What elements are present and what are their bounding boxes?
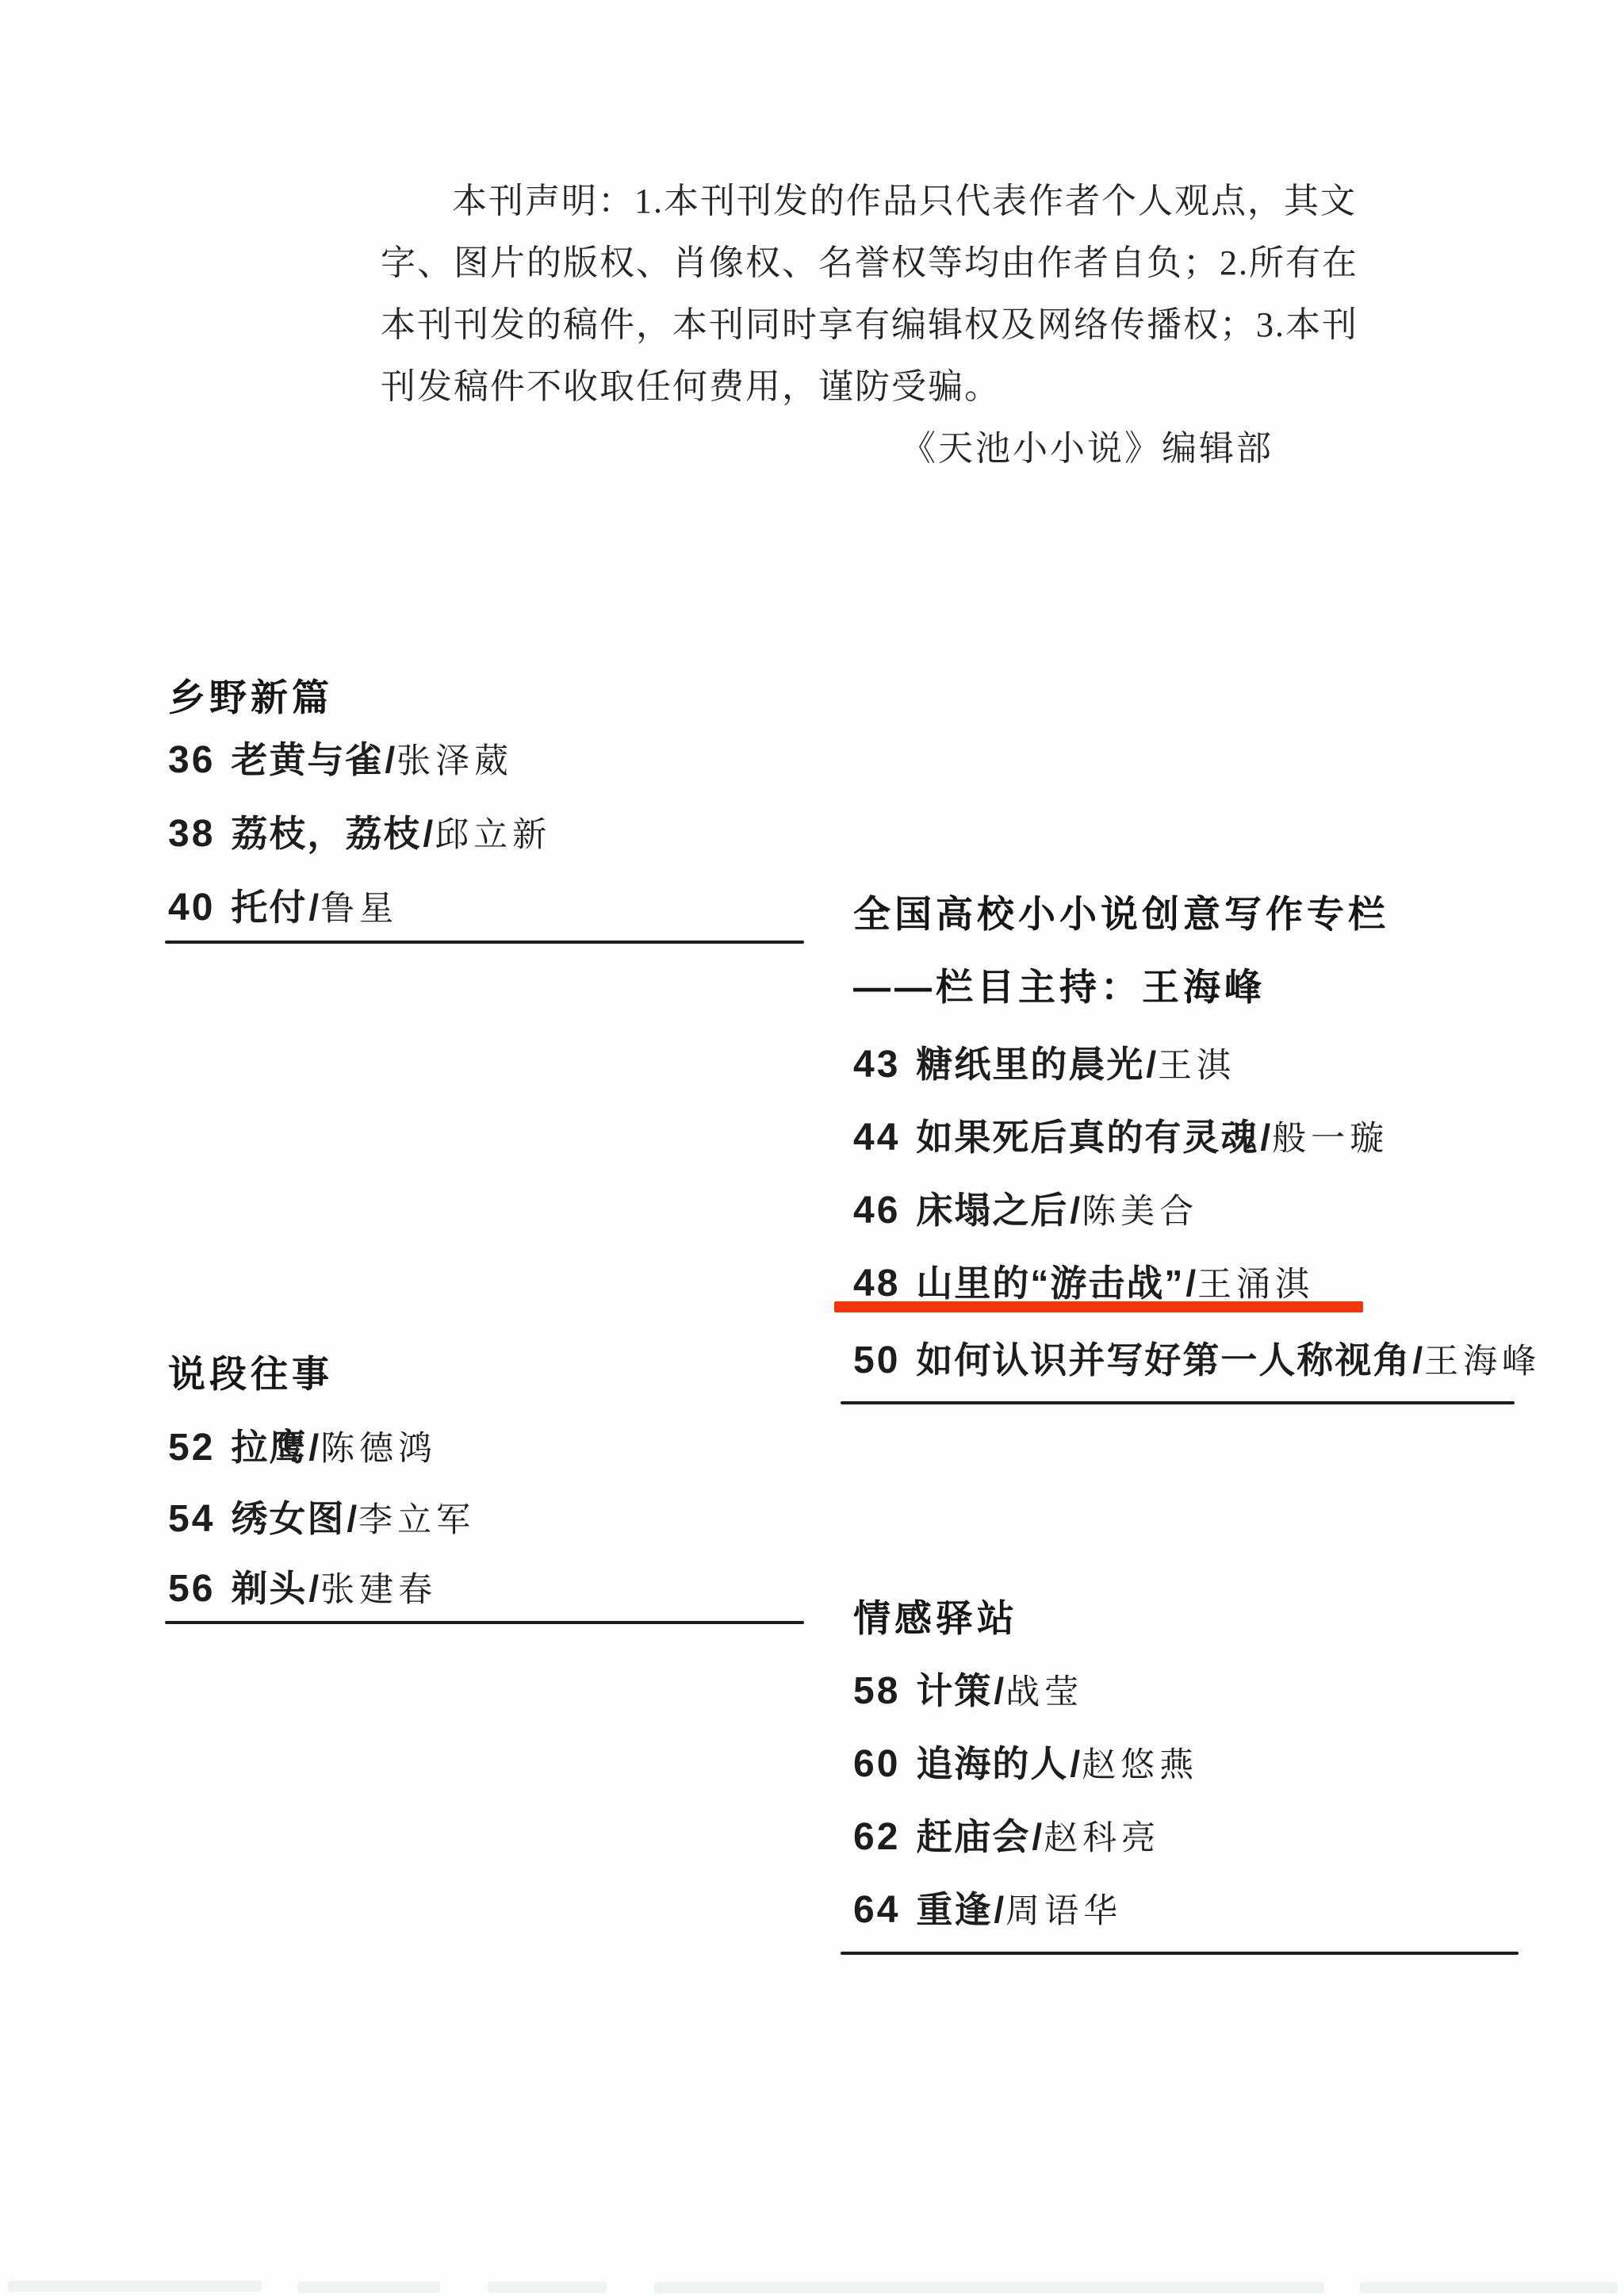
entry-separator: / xyxy=(1070,1190,1080,1231)
toc-entry: 36老黄与雀/张泽葳 xyxy=(168,731,513,784)
entry-separator: / xyxy=(308,887,319,928)
section-heading-emotion-station: 情感驿站 xyxy=(853,1589,1018,1642)
toc-entry: 38荔枝，荔枝/邱立新 xyxy=(168,805,551,857)
entry-page-number: 36 xyxy=(168,739,215,781)
next-page-edge xyxy=(8,2281,262,2292)
entry-author: 王淇 xyxy=(1158,1048,1235,1085)
toc-entry: 54绣女图/李立军 xyxy=(168,1490,475,1542)
entry-separator: / xyxy=(423,813,433,854)
entry-separator: / xyxy=(347,1498,357,1539)
entry-title: 糖纸里的晨光 xyxy=(916,1044,1144,1085)
entry-page-number: 46 xyxy=(853,1190,900,1232)
publisher-declaration: 本刊声明：1.本刊刊发的作品只代表作者个人观点，其文 字、图片的版权、肖像权、名… xyxy=(381,170,1277,480)
entry-title: 老黄与雀 xyxy=(231,739,383,780)
toc-entry: 46床塌之后/陈美合 xyxy=(853,1182,1198,1234)
entry-separator: / xyxy=(1146,1044,1156,1085)
entry-author: 赵悠燕 xyxy=(1082,1747,1198,1784)
entry-page-number: 43 xyxy=(853,1044,900,1086)
section-divider xyxy=(165,1621,804,1624)
declaration-line: 本刊声明：1.本刊刊发的作品只代表作者个人观点，其文 xyxy=(381,170,1277,232)
entry-page-number: 54 xyxy=(168,1498,215,1540)
toc-entry: 62赶庙会/赵科亮 xyxy=(853,1808,1160,1860)
toc-entry: 50如何认识并写好第一人称视角/王海峰 xyxy=(853,1331,1541,1384)
highlight-underline xyxy=(834,1301,1363,1312)
entry-title: 追海的人 xyxy=(916,1743,1068,1784)
next-page-edge xyxy=(297,2282,440,2293)
section-heading-college-column: 全国高校小小说创意写作专栏 xyxy=(853,885,1389,938)
entry-page-number: 62 xyxy=(853,1816,900,1858)
entry-author: 王涌淇 xyxy=(1197,1266,1314,1304)
entry-title: 床塌之后 xyxy=(916,1190,1068,1231)
toc-entry: 58计策/战莹 xyxy=(853,1662,1083,1715)
entry-title: 荔枝，荔枝 xyxy=(231,813,421,854)
entry-title: 重逢 xyxy=(916,1889,992,1930)
magazine-toc-page: 本刊声明：1.本刊刊发的作品只代表作者个人观点，其文 字、图片的版权、肖像权、名… xyxy=(0,0,1624,2295)
entry-title: 山里的“游击战” xyxy=(916,1262,1184,1304)
declaration-signature: 《天池小小说》编辑部 xyxy=(381,418,1277,480)
toc-entry: 52拉鹰/陈德鸿 xyxy=(168,1419,437,1471)
declaration-line: 字、图片的版权、肖像权、名誉权等均由作者自负；2.所有在 xyxy=(381,232,1277,294)
entry-author: 鲁星 xyxy=(320,891,398,928)
next-page-edge xyxy=(488,2282,607,2293)
entry-separator: / xyxy=(1260,1117,1270,1158)
entry-page-number: 38 xyxy=(168,813,215,855)
section-divider xyxy=(165,941,804,944)
entry-author: 张建春 xyxy=(320,1572,437,1609)
entry-page-number: 50 xyxy=(853,1339,900,1381)
section-heading-past-stories: 说段往事 xyxy=(168,1345,333,1398)
entry-page-number: 48 xyxy=(853,1262,900,1305)
section-divider xyxy=(841,1952,1519,1955)
toc-entry: 64重逢/周语华 xyxy=(853,1881,1122,1933)
toc-entry: 40托付/鲁星 xyxy=(168,879,398,931)
entry-separator: / xyxy=(308,1427,319,1468)
entry-page-number: 58 xyxy=(853,1670,900,1712)
entry-author: 王海峰 xyxy=(1424,1343,1541,1381)
entry-title: 拉鹰 xyxy=(231,1427,307,1468)
declaration-line: 刊发稿件不收取任何费用，谨防受骗。 xyxy=(381,356,1277,418)
entry-separator: / xyxy=(1070,1743,1080,1784)
entry-separator: / xyxy=(385,739,395,780)
entry-author: 战莹 xyxy=(1005,1674,1083,1711)
entry-title: 如何认识并写好第一人称视角 xyxy=(916,1339,1411,1381)
entry-separator: / xyxy=(994,1889,1004,1930)
next-page-edge xyxy=(1360,2282,1618,2293)
entry-title: 绣女图 xyxy=(231,1498,345,1539)
entry-author: 邱立新 xyxy=(435,817,551,854)
entry-page-number: 44 xyxy=(853,1117,900,1159)
entry-author: 李立军 xyxy=(358,1502,475,1539)
toc-entry: 56剃头/张建春 xyxy=(168,1560,437,1612)
toc-entry: 60追海的人/赵悠燕 xyxy=(853,1735,1198,1787)
declaration-line: 本刊刊发的稿件，本刊同时享有编辑权及网络传播权；3.本刊 xyxy=(381,294,1277,356)
entry-separator: / xyxy=(308,1568,319,1609)
entry-page-number: 60 xyxy=(853,1743,900,1785)
entry-page-number: 64 xyxy=(853,1889,900,1931)
entry-separator: / xyxy=(994,1670,1004,1711)
toc-entry: 44如果死后真的有灵魂/般一璇 xyxy=(853,1109,1388,1161)
entry-author: 陈美合 xyxy=(1082,1193,1198,1231)
entry-page-number: 52 xyxy=(168,1427,215,1469)
entry-author: 张泽葳 xyxy=(396,743,513,780)
toc-entry: 43糖纸里的晨光/王淇 xyxy=(853,1036,1235,1088)
entry-title: 剃头 xyxy=(231,1568,307,1609)
entry-separator: / xyxy=(1185,1262,1196,1304)
section-divider xyxy=(841,1401,1515,1404)
next-page-edge xyxy=(654,2282,1324,2293)
entry-author: 般一璇 xyxy=(1272,1121,1388,1158)
section-heading-rural: 乡野新篇 xyxy=(168,669,333,722)
entry-title: 托付 xyxy=(231,887,307,928)
entry-page-number: 40 xyxy=(168,887,215,929)
entry-author: 周语华 xyxy=(1005,1893,1122,1930)
entry-author: 陈德鸿 xyxy=(320,1431,437,1468)
entry-author: 赵科亮 xyxy=(1044,1820,1160,1857)
entry-title: 计策 xyxy=(916,1670,992,1711)
section-subheading-column-host: ——栏目主持：王海峰 xyxy=(853,958,1266,1011)
entry-page-number: 56 xyxy=(168,1568,215,1610)
entry-separator: / xyxy=(1032,1816,1042,1857)
entry-separator: / xyxy=(1412,1339,1423,1381)
entry-title: 如果死后真的有灵魂 xyxy=(916,1117,1258,1158)
entry-title: 赶庙会 xyxy=(916,1816,1030,1857)
toc-entry-highlighted: 48山里的“游击战”/王涌淇 xyxy=(853,1255,1314,1307)
